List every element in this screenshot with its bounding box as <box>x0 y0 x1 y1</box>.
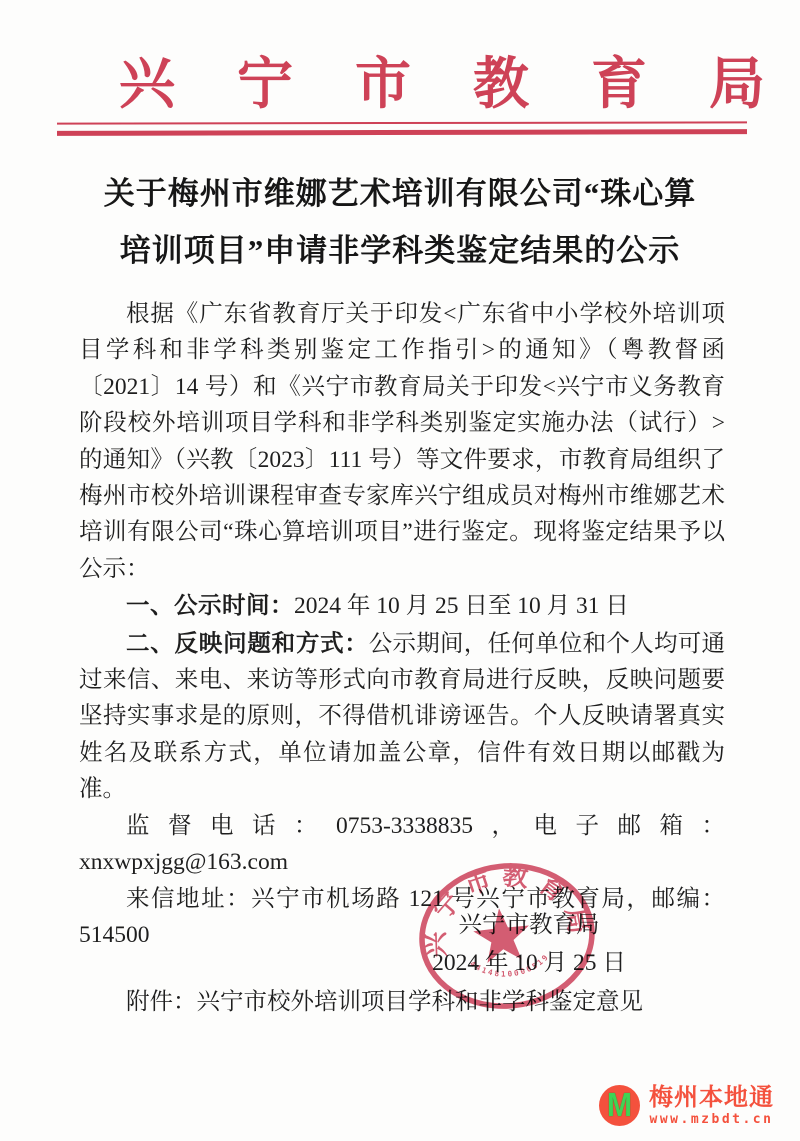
item2-label: 二、反映问题和方式： <box>126 630 369 656</box>
watermark-m-icon: M <box>599 1085 640 1126</box>
paragraph-attachment: 附件：兴宁市校外培训项目学科和非学科鉴定意见 <box>79 984 725 1020</box>
seal-code: 4414810000519 <box>468 951 553 983</box>
item1-label: 一、公示时间： <box>126 592 294 618</box>
watermark-site-url: www.mzbdt.cn <box>650 1112 774 1127</box>
paragraph-contact: 监督电话：0753-3338835，电子邮箱：xnxwpxjgg@163.com <box>79 808 725 881</box>
paragraph-item1: 一、公示时间：2024 年 10 月 25 日至 10 月 31 日 <box>79 587 725 624</box>
item2-text: 公示期间，任何单位和个人均可通过来信、来电、来访等形式向市教育局进行反映，反映问… <box>79 631 725 803</box>
letterhead-divider-thick <box>57 129 747 136</box>
watermark-site-name: 梅州本地通 <box>649 1085 774 1110</box>
svg-text:4414810000519: 4414810000519 <box>468 951 553 983</box>
document-title: 关于梅州市维娜艺术培训有限公司“珠心算 培训项目”申请非学科类鉴定结果的公示 <box>40 165 760 279</box>
document-title-line1: 关于梅州市维娜艺术培训有限公司“珠心算 <box>40 165 760 222</box>
watermark-text: 梅州本地通 www.mzbdt.cn <box>649 1085 774 1127</box>
watermark-logo-letter: M <box>607 1089 632 1122</box>
item1-text: 2024 年 10 月 25 日至 10 月 31 日 <box>294 593 629 619</box>
site-watermark: M 梅州本地通 www.mzbdt.cn <box>599 1085 774 1127</box>
seal-star-icon <box>471 905 532 964</box>
paragraph-basis: 根据《广东省教育厅关于印发<广东省中小学校外培训项目学科和非学科类别鉴定工作指引… <box>79 296 725 587</box>
document-title-line2: 培训项目”申请非学科类鉴定结果的公示 <box>40 222 760 279</box>
agency-letterhead: 兴宁市教育局 <box>57 40 743 120</box>
official-seal: 兴宁市教育局 4414810000519 <box>407 851 608 1022</box>
paragraph-item2: 二、反映问题和方式：公示期间，任何单位和个人均可通过来信、来电、来访等形式向市教… <box>79 625 725 808</box>
letterhead-divider-thin <box>57 121 747 124</box>
document-page: 兴宁市教育局 关于梅州市维娜艺术培训有限公司“珠心算 培训项目”申请非学科类鉴定… <box>0 0 800 1141</box>
